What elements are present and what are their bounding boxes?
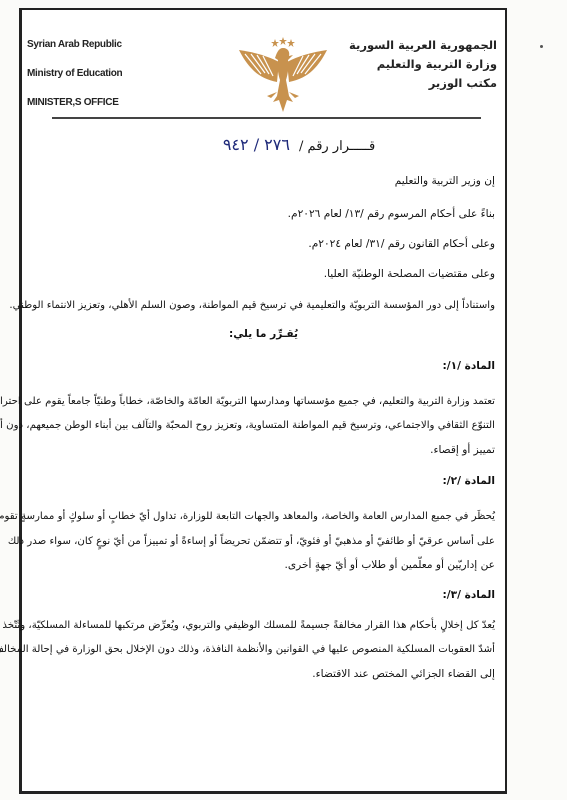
decree-number: قـــــرار رقم / ٢٧٦ / ٩٤٢ <box>150 135 448 157</box>
article-line: تعتمد وزارة التربية والتعليم، في جميع مؤ… <box>32 390 495 413</box>
article-line: يُعدّ كل إخلالٍ بأحكام هذا القرار مخالفة… <box>32 614 495 637</box>
article-line: أشدّ العقوبات المسلكية المنصوص عليها في … <box>32 638 495 661</box>
article-line: على أساس عرقيّ أو طائفيّ أو مذهبيّ أو فئ… <box>32 530 495 553</box>
article-line: تمييز أو إقصاء. <box>32 439 495 462</box>
article-title: المادة /٢/: <box>32 470 495 493</box>
article-title: المادة /١/: <box>32 355 495 378</box>
header-divider <box>52 117 481 119</box>
article-line: إلى القضاء الجزائي المختص عند الاقتضاء. <box>32 663 495 686</box>
preamble-line: وعلى أحكام القانون رقم /٣١/ لعام ٢٠٢٤م. <box>32 233 495 256</box>
article-line: التنوّع الثقافي والاجتماعي، وترسيخ قيم ا… <box>32 414 495 437</box>
preamble-line: واستناداً إلى دور المؤسسة التربويّة والت… <box>32 294 495 317</box>
ministry-name-ar: وزارة التربية والتعليم <box>349 57 497 76</box>
eagle-emblem-icon <box>233 36 333 114</box>
decree-number-value: ٢٧٦ / ٩٤٢ <box>223 135 290 154</box>
arabic-letterhead: الجمهورية العربية السورية وزارة التربية … <box>349 38 497 95</box>
preamble-line: وعلى مقتضيات المصلحة الوطنيّة العليا. <box>32 263 495 286</box>
article-line: عن إداريّين أو معلّمين أو طلاب أو أيّ جه… <box>32 554 495 577</box>
country-name-ar: الجمهورية العربية السورية <box>349 38 497 57</box>
decree-label: قـــــرار رقم / <box>299 139 375 154</box>
resolves-heading: يُقـرِّر ما يلي: <box>32 323 495 346</box>
preamble-line: بناءً على أحكام المرسوم رقم /١٣/ لعام ٢٠… <box>32 203 495 226</box>
preamble-line: إن وزير التربية والتعليم <box>32 170 495 193</box>
article-title: المادة /٣/: <box>32 584 495 607</box>
office-name-en: MINISTER,S OFFICE <box>27 97 122 126</box>
office-name-ar: مكتب الوزير <box>349 76 497 95</box>
ministry-name-en: Ministry of Education <box>27 68 122 97</box>
scan-speck <box>540 45 543 48</box>
country-name-en: Syrian Arab Republic <box>27 39 122 68</box>
article-line: يُحظَر في جميع المدارس العامة والخاصة، و… <box>32 505 495 528</box>
english-letterhead: Syrian Arab Republic Ministry of Educati… <box>27 39 122 126</box>
